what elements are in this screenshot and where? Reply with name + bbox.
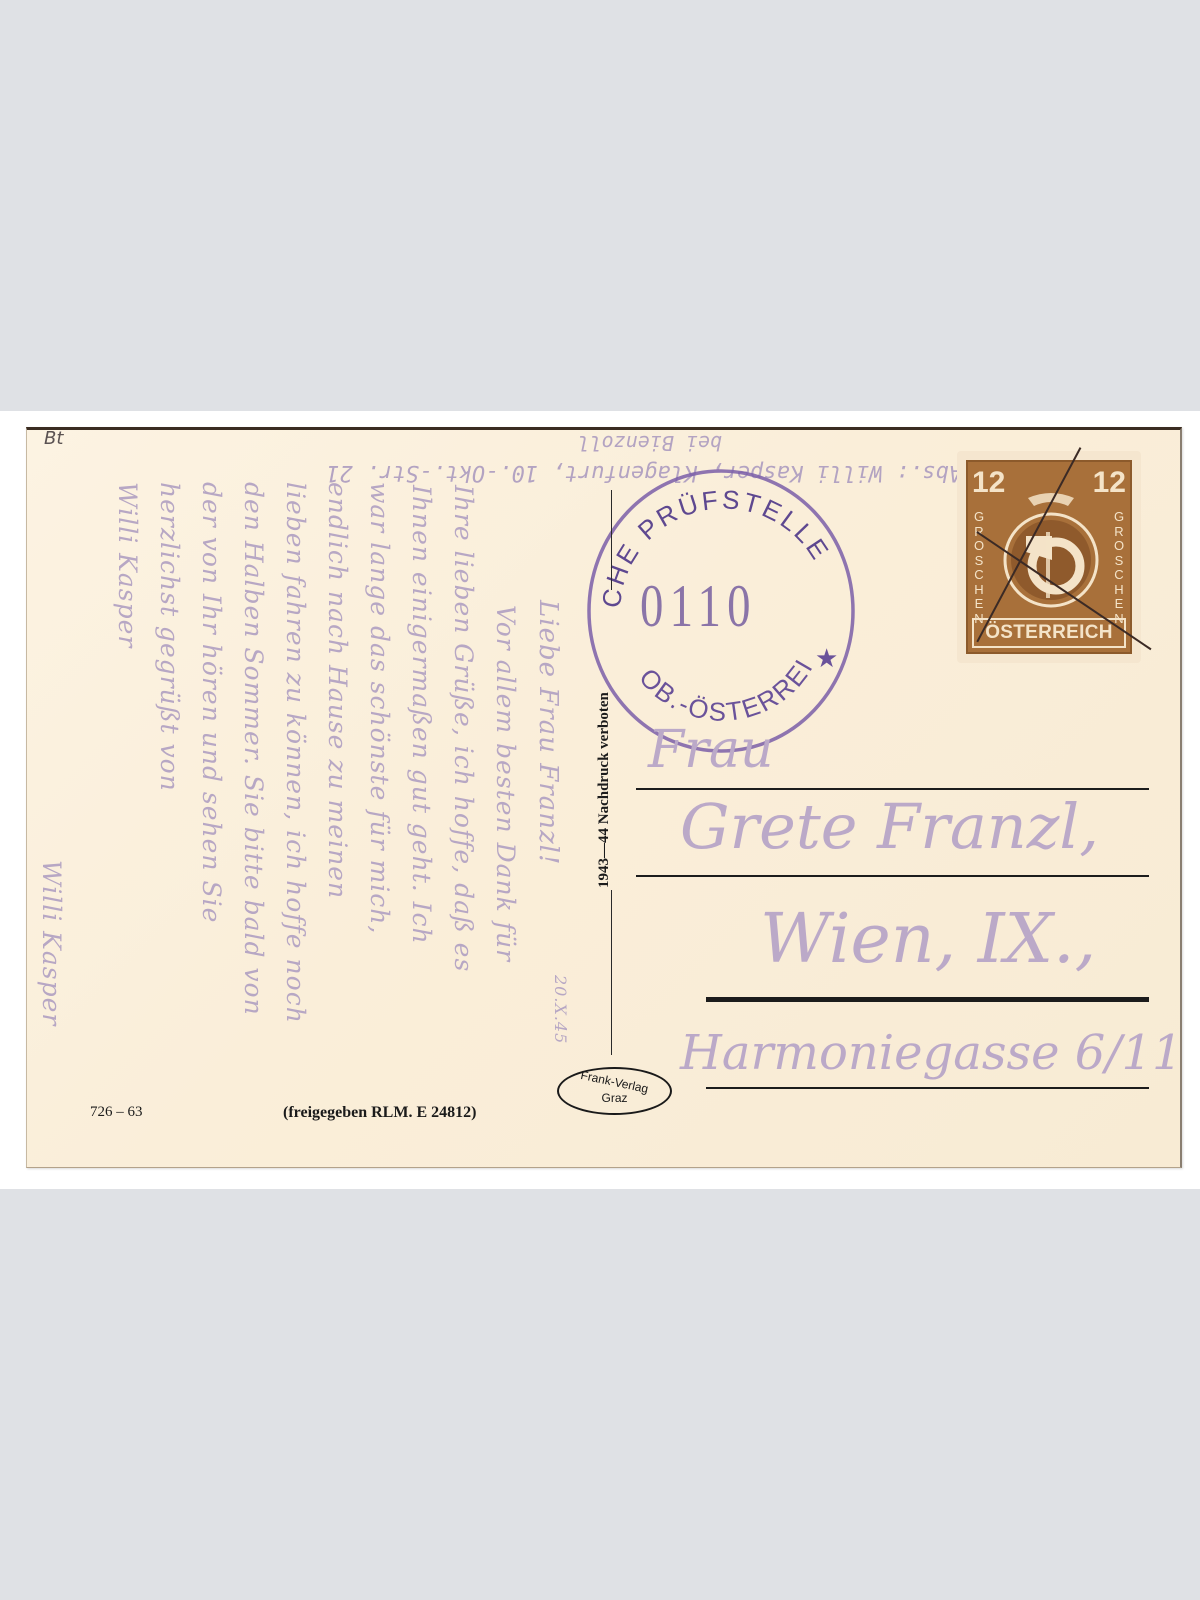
stamp-unit-left: GROSCHEN	[972, 510, 986, 626]
address-line-4	[706, 1087, 1149, 1089]
address-salutation: Frau	[648, 720, 773, 780]
message-date: 20.X.45	[551, 975, 570, 1044]
address-line-3	[706, 997, 1149, 1002]
censor-number: 0110	[640, 572, 757, 641]
message-line: der von Ihr hören und sehen Sie	[197, 482, 226, 923]
message-line: herzlichst gegrüßt von	[155, 482, 184, 792]
message-signature: Willi Kasper	[37, 860, 66, 1026]
divider-line	[611, 890, 612, 1055]
message-line: den Halben Sommer. Sie bitte bald von	[239, 482, 268, 1016]
message-line: Liebe Frau Franzl!	[533, 600, 563, 865]
address-line-2	[636, 875, 1149, 877]
stamp-unit-right: GROSCHEN	[1112, 510, 1126, 626]
message-line: Ihnen einigermaßen gut geht. Ich	[407, 485, 436, 945]
message-line: war lange das schönste für mich,	[365, 482, 394, 934]
address-street: Harmoniegasse 6/11	[680, 1025, 1183, 1081]
svg-text:★: ★	[815, 644, 838, 674]
corner-pencil-mark: Bt	[44, 428, 63, 449]
postage-stamp: 12 12 GROSCHEN GROSCHEN ÖSTERREICH	[957, 451, 1141, 663]
stamp-country: ÖSTERREICH	[972, 618, 1126, 648]
posthorn-icon	[998, 488, 1104, 614]
message-line: lieben fahren zu können, ich hoffe noch	[281, 482, 310, 1024]
sender-address-sub: bei Bienzoll	[578, 431, 723, 455]
divider-line-top	[611, 490, 612, 590]
approval-notice: (freigegeben RLM. E 24812)	[283, 1104, 476, 1122]
message-line: Vor allem besten Dank für	[491, 605, 520, 962]
address-name: Grete Franzl,	[680, 790, 1099, 863]
message-line: endlich nach Hause zu meinen	[323, 482, 352, 899]
catalog-number: 726 – 63	[90, 1104, 143, 1121]
address-city: Wien, IX.,	[760, 900, 1096, 979]
print-imprint: 1943—44 Nachdruck verboten	[596, 692, 613, 888]
publisher-logo: Frank-Verlag Graz	[557, 1067, 672, 1115]
message-line: Ihre lieben Grüße, ich hoffe, daß es	[449, 485, 478, 972]
message-line: Willi Kasper	[113, 482, 142, 648]
